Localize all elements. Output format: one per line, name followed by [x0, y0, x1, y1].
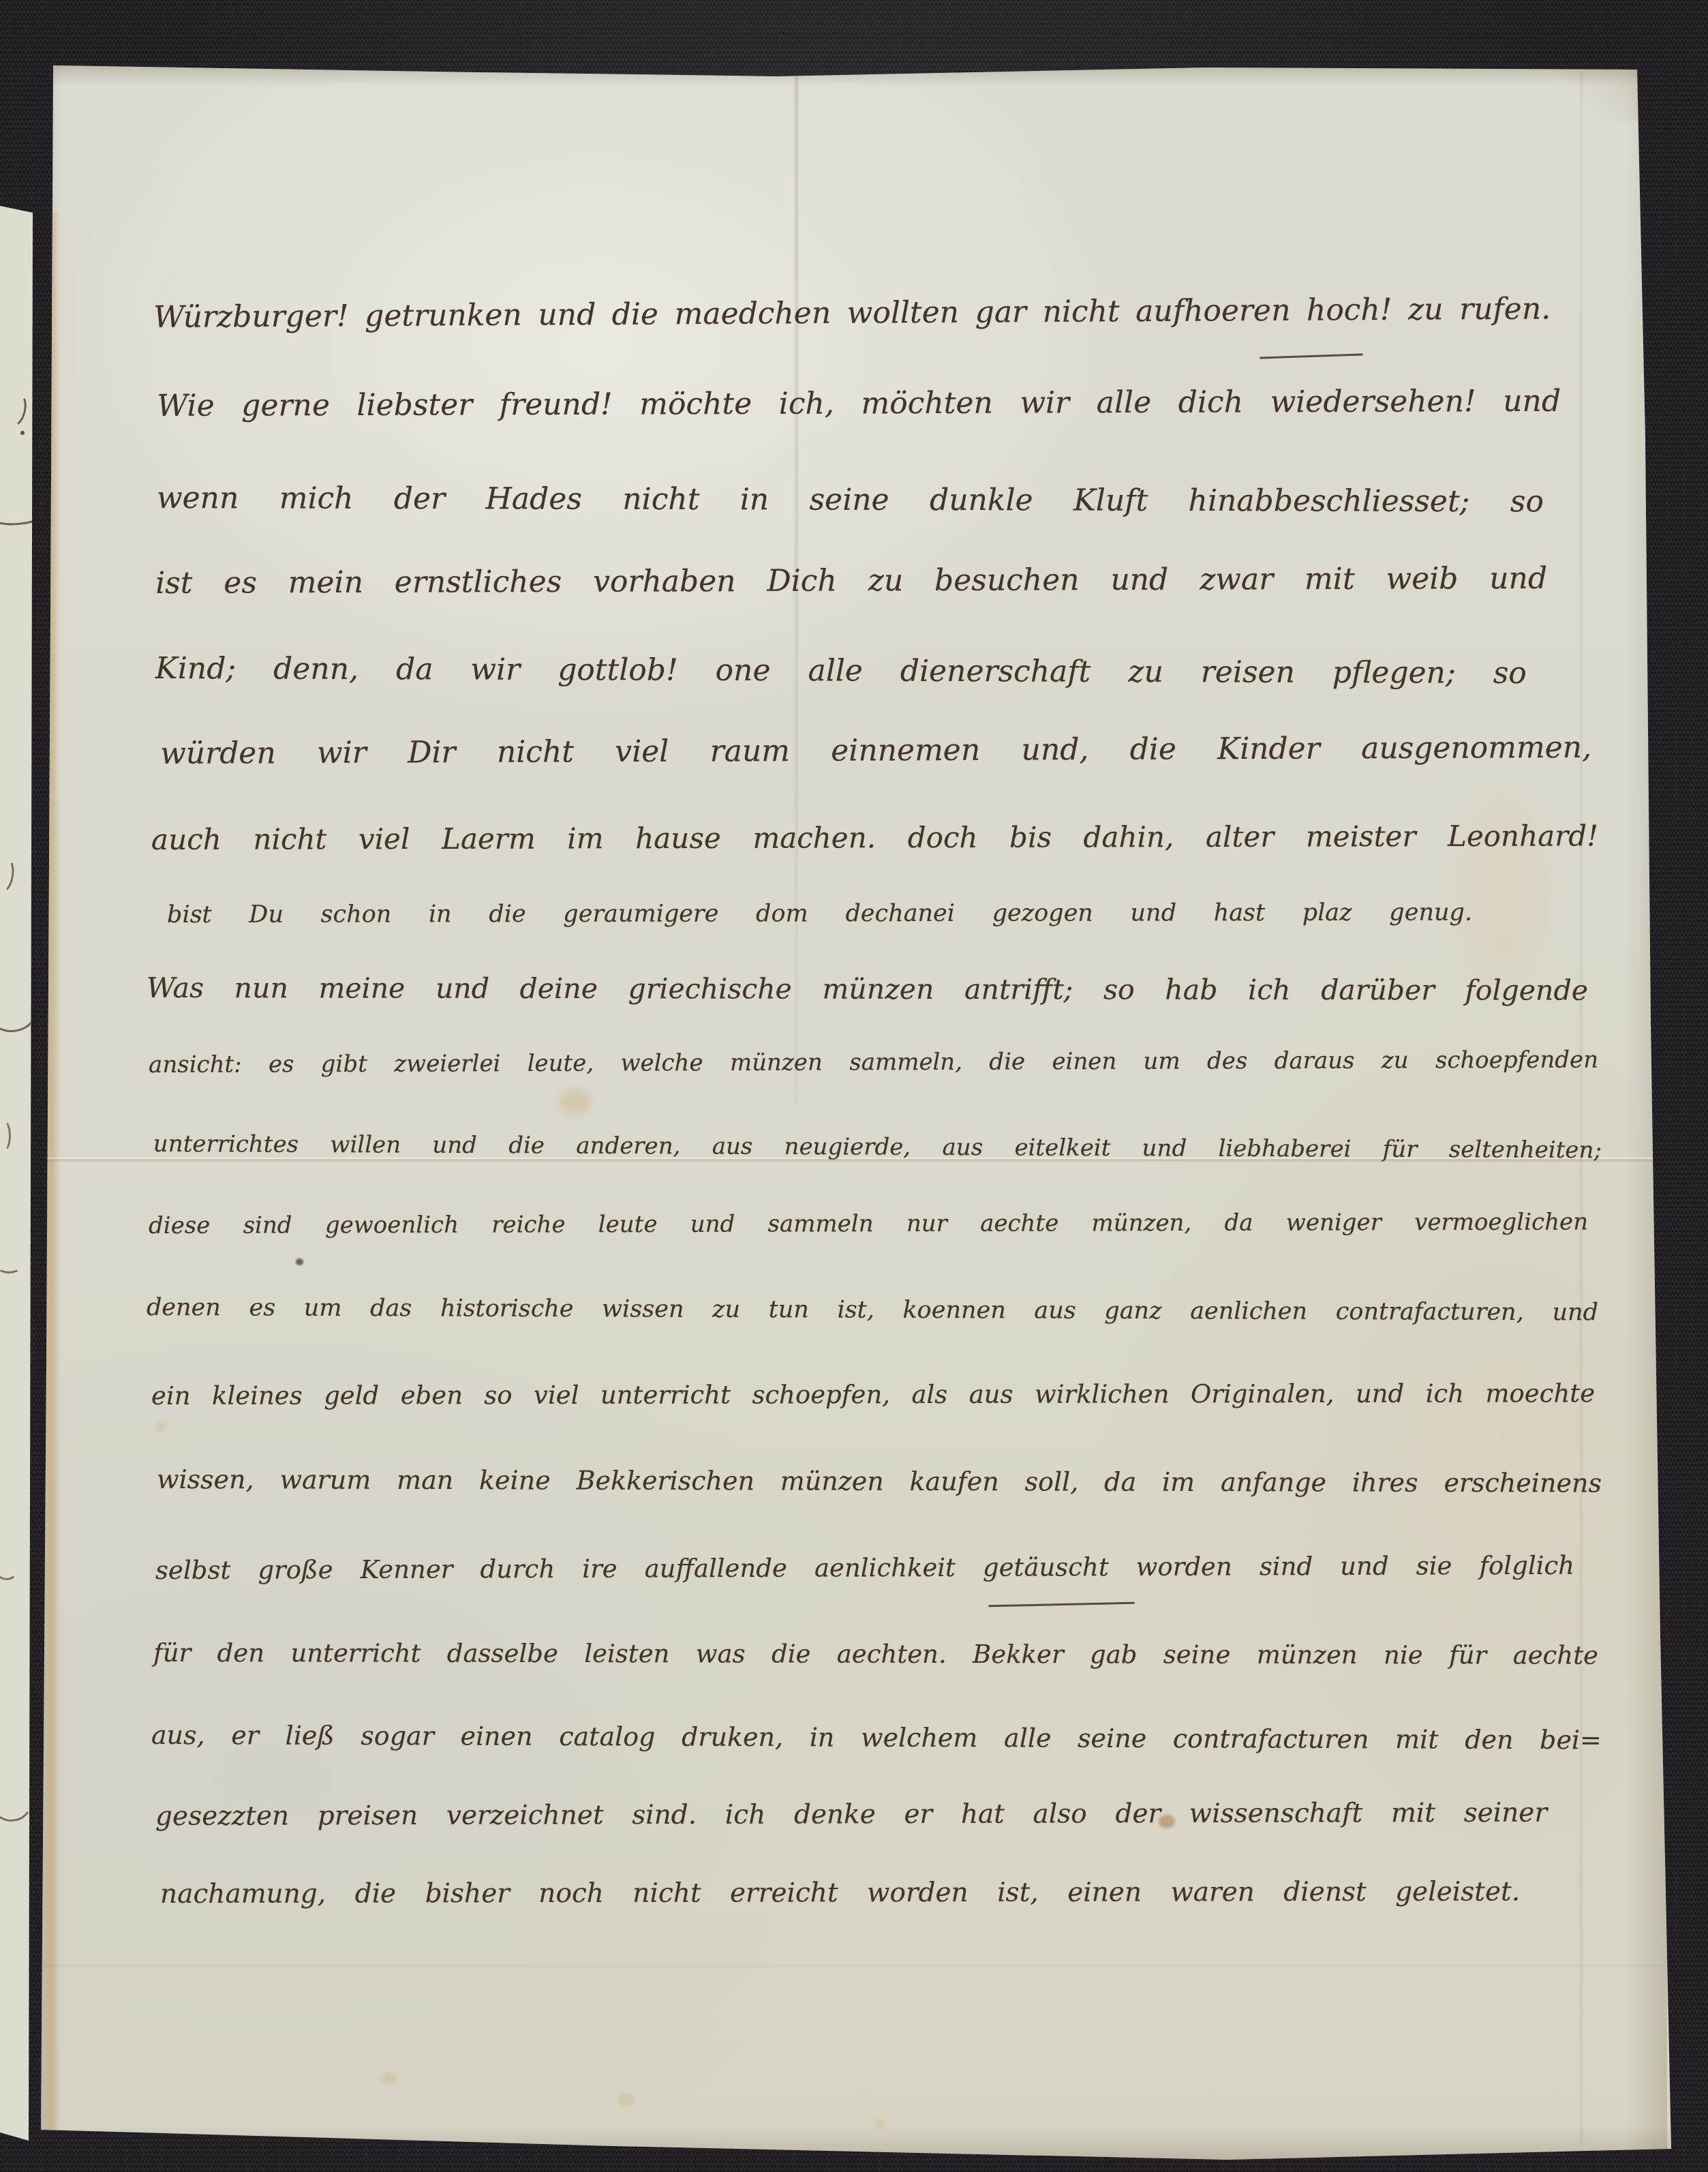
adjacent-page-ink-fragment	[0, 1119, 11, 1152]
handwritten-line-14: ein kleines geld eben so viel unterricht…	[151, 1378, 1595, 1411]
handwritten-line-1: Würzburger! getrunken und die maedchen w…	[153, 291, 1551, 335]
adjacent-page-ink-fragment	[0, 481, 59, 529]
handwritten-line-20: nachamung, die bisher noch nicht erreich…	[160, 1877, 1520, 1910]
handwritten-line-15: wissen, warum man keine Bekkerischen mün…	[157, 1464, 1602, 1498]
handwritten-line-2: Wie gerne liebster freund! möchte ich, m…	[157, 384, 1561, 423]
handwritten-line-10: ansicht: es gibt zweierlei leute, welche…	[149, 1046, 1598, 1079]
handwritten-line-11: unterrichtes willen und die anderen, aus…	[153, 1130, 1602, 1164]
adjacent-page-ink-fragment	[0, 856, 16, 894]
handwritten-line-17: für den unterricht dasselbe leisten was …	[153, 1638, 1598, 1670]
handwritten-line-6: würden wir Dir nicht viel raum einnemen …	[160, 730, 1591, 771]
handwritten-line-7: auch nicht viel Laerm im hause machen. d…	[151, 819, 1598, 856]
handwritten-line-18: aus, er ließ sogar einen catalog druken,…	[151, 1720, 1602, 1755]
handwritten-line-12: diese sind gewoenlich reiche leute und s…	[149, 1208, 1588, 1239]
adjacent-page-ink-fragment	[0, 1543, 25, 1583]
handwritten-line-19: gesezzten preisen verzeichnet sind. ich …	[155, 1798, 1547, 1832]
adjacent-page-ink-fragment	[0, 1261, 20, 1273]
handwritten-line-8: bist Du schon in die geraumigere dom dec…	[167, 899, 1472, 929]
letter-page: Würzburger! getrunken und die maedchen w…	[0, 0, 1708, 2172]
adjacent-page-ink-fragment	[0, 390, 30, 429]
handwritten-line-13: denen es um das historische wissen zu tu…	[147, 1294, 1598, 1326]
handwritten-line-9: Was nun meine und deine griechische münz…	[147, 971, 1588, 1007]
handwritten-line-16: selbst große Kenner durch ire auffallend…	[155, 1551, 1574, 1585]
handwriting-layer: Würzburger! getrunken und die maedchen w…	[0, 0, 1708, 2172]
handwritten-line-5: Kind; denn, da wir gottlob! one alle die…	[155, 651, 1527, 691]
adjacent-page-ink-fragment	[0, 982, 41, 1036]
handwritten-line-4: ist es mein ernstliches vorhaben Dich zu…	[155, 561, 1547, 601]
photo-backdrop: Würzburger! getrunken und die maedchen w…	[0, 0, 1708, 2172]
handwritten-line-3: wenn mich der Hades nicht in seine dunkl…	[157, 481, 1544, 519]
adjacent-page-ink-fragment	[0, 1777, 36, 1825]
adjacent-page-ink-fragment	[20, 431, 25, 435]
